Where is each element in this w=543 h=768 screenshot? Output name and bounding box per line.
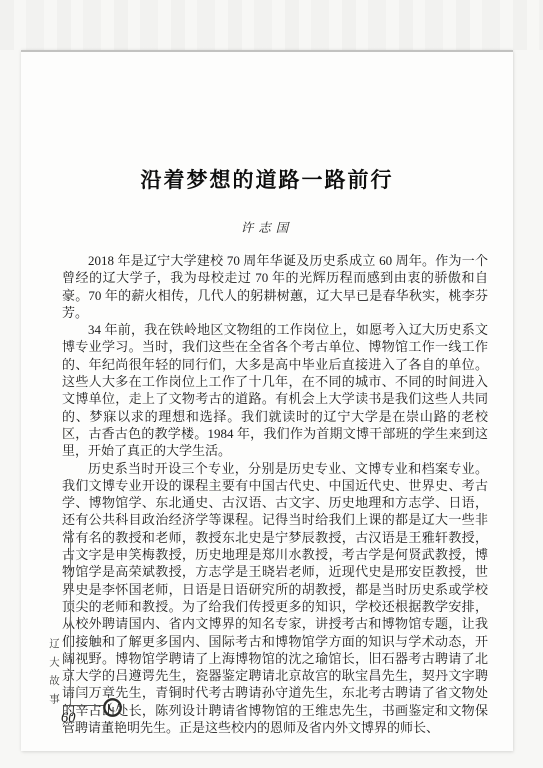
article-body: 2018 年是辽宁大学建校 70 周年华诞及历史系成立 60 周年。作为一个曾经… — [62, 252, 488, 736]
article-author: 许志国 — [21, 218, 513, 236]
sidebar-series-label: 辽大故事 — [46, 638, 61, 728]
scanned-book-page: { "colors": { "paper": "#fdfdfc", "ink":… — [0, 0, 543, 768]
sidebar-vertical-rule — [70, 529, 71, 706]
sidebar-horizontal-rule — [63, 705, 104, 706]
seal-circle-icon — [102, 697, 123, 718]
paragraph: 34 年前，我在铁岭地区文物组的工作岗位上，如愿考入辽大历史系文博专业学习。当时… — [62, 321, 488, 459]
paragraph: 2018 年是辽宁大学建校 70 周年华诞及历史系成立 60 周年。作为一个曾经… — [62, 252, 488, 321]
page-number: 60 — [61, 710, 76, 727]
article-title: 沿着梦想的道路一路前行 — [21, 164, 513, 194]
paragraph: 历史系当时开设三个专业，分别是历史专业、文博专业和档案专业。我们文博专业开设的课… — [62, 460, 488, 737]
scan-noise-band — [0, 0, 543, 50]
book-page: 沿着梦想的道路一路前行 许志国 2018 年是辽宁大学建校 70 周年华诞及历史… — [21, 50, 513, 751]
